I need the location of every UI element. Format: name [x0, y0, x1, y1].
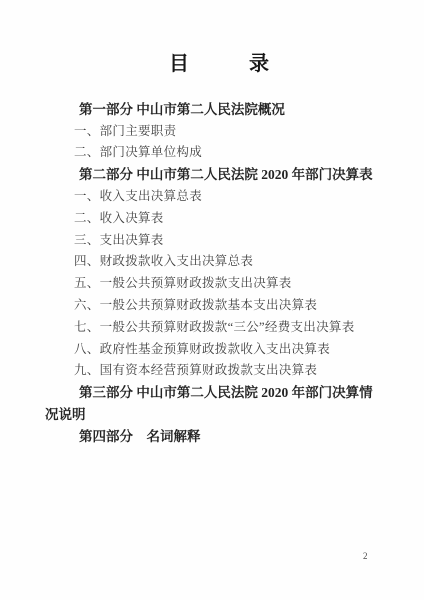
toc-part2-item-5: 五、一般公共预算财政拨款支出决算表: [45, 271, 371, 293]
toc-part4-heading: 第四部分 名词解释: [45, 424, 371, 446]
toc-part2-item-7: 七、一般公共预算财政拨款“三公”经费支出决算表: [45, 315, 371, 337]
toc-part1-heading: 第一部分 中山市第二人民法院概况: [45, 97, 371, 119]
toc-part3-heading-line2: 况说明: [45, 402, 371, 424]
toc-part2-item-4: 四、财政拨款收入支出决算总表: [45, 250, 371, 272]
toc-part1-item-2: 二、部门决算单位构成: [45, 141, 371, 163]
toc-part2-item-6: 六、一般公共预算财政拨款基本支出决算表: [45, 293, 371, 315]
toc-part2-item-2: 二、收入决算表: [45, 206, 371, 228]
toc-part3-heading-line1: 第三部分 中山市第二人民法院 2020 年部门决算情: [45, 380, 371, 402]
toc-part1-item-1: 一、部门主要职责: [45, 119, 371, 141]
toc-part2-item-1: 一、收入支出决算总表: [45, 184, 371, 206]
page-title: 目 录: [14, 47, 424, 76]
table-of-contents: 第一部分 中山市第二人民法院概况 一、部门主要职责 二、部门决算单位构成 第二部…: [45, 97, 371, 446]
toc-part2-item-3: 三、支出决算表: [45, 228, 371, 250]
toc-part2-item-8: 八、政府性基金预算财政拨款收入支出决算表: [45, 337, 371, 359]
document-page: 目 录 第一部分 中山市第二人民法院概况 一、部门主要职责 二、部门决算单位构成…: [0, 0, 424, 600]
page-number: 2: [363, 551, 368, 561]
toc-part2-item-9: 九、国有资本经营预算财政拨款支出决算表: [45, 359, 371, 381]
toc-part2-heading: 第二部分 中山市第二人民法院 2020 年部门决算表: [45, 162, 371, 184]
